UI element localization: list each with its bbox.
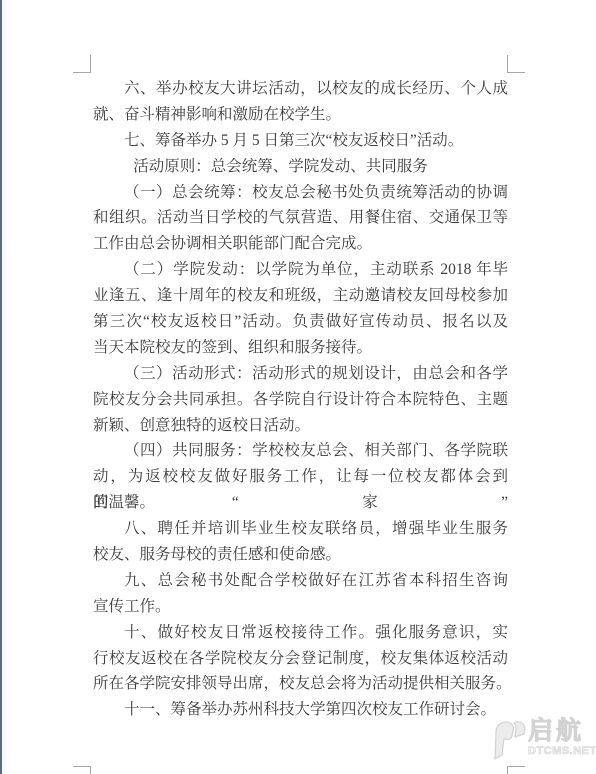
text-line: 动，为返校校友做好服务工作，让每一位校友都体会到回“家” (93, 464, 508, 490)
text-line: 业逢五、逢十周年的校友和班级，主动邀请校友回母校参加 (93, 283, 508, 309)
text-line: （一）总会统筹：校友总会秘书处负责统筹活动的协调 (93, 180, 508, 206)
left-edge-fade (2, 0, 12, 774)
watermark-site: DTCMS.NET (528, 745, 596, 757)
text-line: （二）学院发动：以学院为单位，主动联系 2018 年毕 (93, 257, 508, 283)
text-line: （三）活动形式：活动形式的规划设计，由总会和各学 (93, 361, 508, 387)
document-body: 六、举办校友大讲坛活动，以校友的成长经历、个人成就、奋斗精神影响和激励在校学生。… (93, 76, 508, 723)
text-line: 新颖、创意独特的返校日活动。 (93, 413, 508, 439)
text-line: 当天本院校友的签到、组织和服务接待。 (93, 335, 508, 361)
text-line: 所在各学院安排领导出席，校友总会将为活动提供相关服务。 (93, 671, 508, 697)
text-line: 七、筹备举办 5 月 5 日第三次“校友返校日”活动。 (93, 128, 508, 154)
watermark-logo-icon (492, 719, 526, 761)
watermark: 启航 DTCMS.NET (492, 719, 596, 761)
text-line: 校友、服务母校的责任感和使命感。 (93, 542, 508, 568)
text-line: 行校友返校在各学院校友分会登记制度，校友集体返校活动 (93, 646, 508, 672)
text-line: 工作由总会协调相关职能部门配合完成。 (93, 231, 508, 257)
crop-mark-bottom-right (507, 766, 525, 774)
watermark-brand: 启航 (528, 719, 596, 745)
text-line: 院校友分会共同承担。各学院自行设计符合本院特色、主题 (93, 387, 508, 413)
text-line: 六、举办校友大讲坛活动，以校友的成长经历、个人成 (93, 76, 508, 102)
text-line: 宣传工作。 (93, 594, 508, 620)
crop-mark-top-right (507, 55, 525, 73)
text-line: 十一、筹备举办苏州科技大学第四次校友工作研讨会。 (93, 697, 508, 723)
text-line: 十、做好校友日常返校接待工作。强化服务意识，实 (93, 620, 508, 646)
text-line: 九、总会秘书处配合学校做好在江苏省本科招生咨询 (93, 568, 508, 594)
text-line: 第三次“校友返校日”活动。负责做好宣传动员、报名以及 (93, 309, 508, 335)
crop-mark-bottom-left (73, 766, 91, 774)
text-line: 就、奋斗精神影响和激励在校学生。 (93, 102, 508, 128)
text-line: 活动原则：总会统筹、学院发动、共同服务 (93, 154, 508, 180)
crop-mark-top-left (73, 55, 91, 73)
text-line: 八、聘任并培训毕业生校友联络员，增强毕业生服务 (93, 516, 508, 542)
text-line: （四）共同服务：学校校友总会、相关部门、各学院联 (93, 438, 508, 464)
text-line: 和组织。活动当日学校的气氛营造、用餐住宿、交通保卫等 (93, 205, 508, 231)
